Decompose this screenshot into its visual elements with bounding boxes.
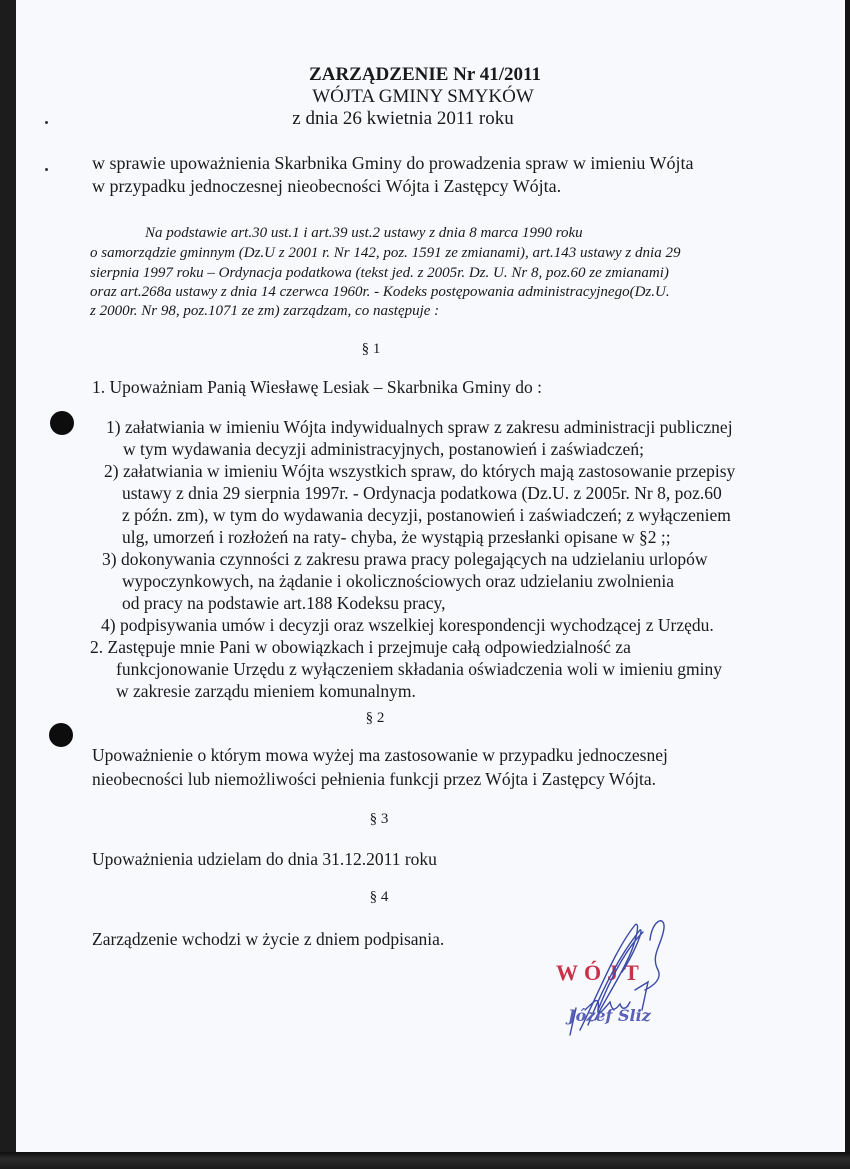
legal-basis-line: oraz art.268a ustawy z dnia 14 czerwca 1… bbox=[90, 283, 670, 302]
section-1-line: z późn. zm), w tym do wydawania decyzji,… bbox=[122, 504, 731, 526]
punch-hole-top bbox=[50, 411, 74, 435]
section-2-line: nieobecności lub niemożliwości pełnienia… bbox=[92, 768, 656, 790]
official-stamp: WÓJT Józef Śliz bbox=[540, 910, 690, 1040]
document-title: ZARZĄDZENIE Nr 41/2011 bbox=[309, 64, 541, 86]
subject-line: w sprawie upoważnienia Skarbnika Gminy d… bbox=[92, 152, 694, 174]
document-issuer: WÓJTA GMINY SMYKÓW bbox=[312, 86, 534, 108]
section-2-line: Upoważnienie o którym mowa wyżej ma zast… bbox=[92, 744, 668, 766]
scan-border-right bbox=[845, 0, 850, 1169]
section-heading-4: § 4 bbox=[370, 886, 389, 908]
legal-basis-line: Na podstawie art.30 ust.1 i art.39 ust.2… bbox=[145, 224, 583, 243]
section-1-line: 4) podpisywania umów i decyzji oraz wsze… bbox=[101, 614, 714, 636]
section-1-line: ustawy z dnia 29 sierpnia 1997r. - Ordyn… bbox=[122, 482, 722, 504]
section-1-line: ulg, umorzeń i rozłożeń na raty- chyba, … bbox=[122, 526, 671, 548]
stamp-name: Józef Śliz bbox=[568, 1006, 651, 1025]
section-1-line: 1) załatwiania w imieniu Wójta indywidua… bbox=[106, 416, 733, 438]
section-1-line: 2) załatwiania w imieniu Wójta wszystkic… bbox=[104, 460, 735, 482]
section-heading-2: § 2 bbox=[366, 707, 385, 729]
section-1-line: 2. Zastępuje mnie Pani w obowiązkach i p… bbox=[90, 636, 631, 658]
punch-hole-bottom bbox=[49, 723, 73, 747]
section-1-line: 1. Upoważniam Panią Wiesławę Lesiak – Sk… bbox=[92, 376, 542, 398]
section-4-line: Zarządzenie wchodzi w życie z dniem podp… bbox=[92, 928, 444, 950]
scan-border-bottom bbox=[0, 1152, 850, 1169]
section-1-line: w zakresie zarządu mieniem komunalnym. bbox=[116, 680, 416, 702]
section-1-line: w tym wydawania decyzji administracyjnyc… bbox=[123, 438, 644, 460]
section-1-line: wypoczynkowych, na żądanie i okolicznośc… bbox=[122, 570, 674, 592]
scan-speck bbox=[45, 121, 48, 124]
section-3-line: Upoważnienia udzielam do dnia 31.12.2011… bbox=[92, 848, 437, 870]
section-1-line: od pracy na podstawie art.188 Kodeksu pr… bbox=[122, 592, 446, 614]
legal-basis-line: z 2000r. Nr 98, poz.1071 ze zm) zarządza… bbox=[90, 302, 439, 321]
section-1-line: 3) dokonywania czynności z zakresu prawa… bbox=[102, 548, 707, 570]
scan-speck bbox=[45, 168, 48, 171]
section-heading-3: § 3 bbox=[370, 808, 389, 830]
legal-basis-line: o samorządzie gminnym (Dz.U z 2001 r. Nr… bbox=[90, 244, 680, 263]
legal-basis-line: sierpnia 1997 roku – Ordynacja podatkowa… bbox=[90, 264, 669, 283]
subject-line: w przypadku jednoczesnej nieobecności Wó… bbox=[92, 175, 561, 197]
section-1-line: funkcjonowanie Urzędu z wyłączeniem skła… bbox=[116, 658, 722, 680]
section-heading-1: § 1 bbox=[362, 338, 381, 360]
document-date: z dnia 26 kwietnia 2011 roku bbox=[292, 108, 513, 130]
